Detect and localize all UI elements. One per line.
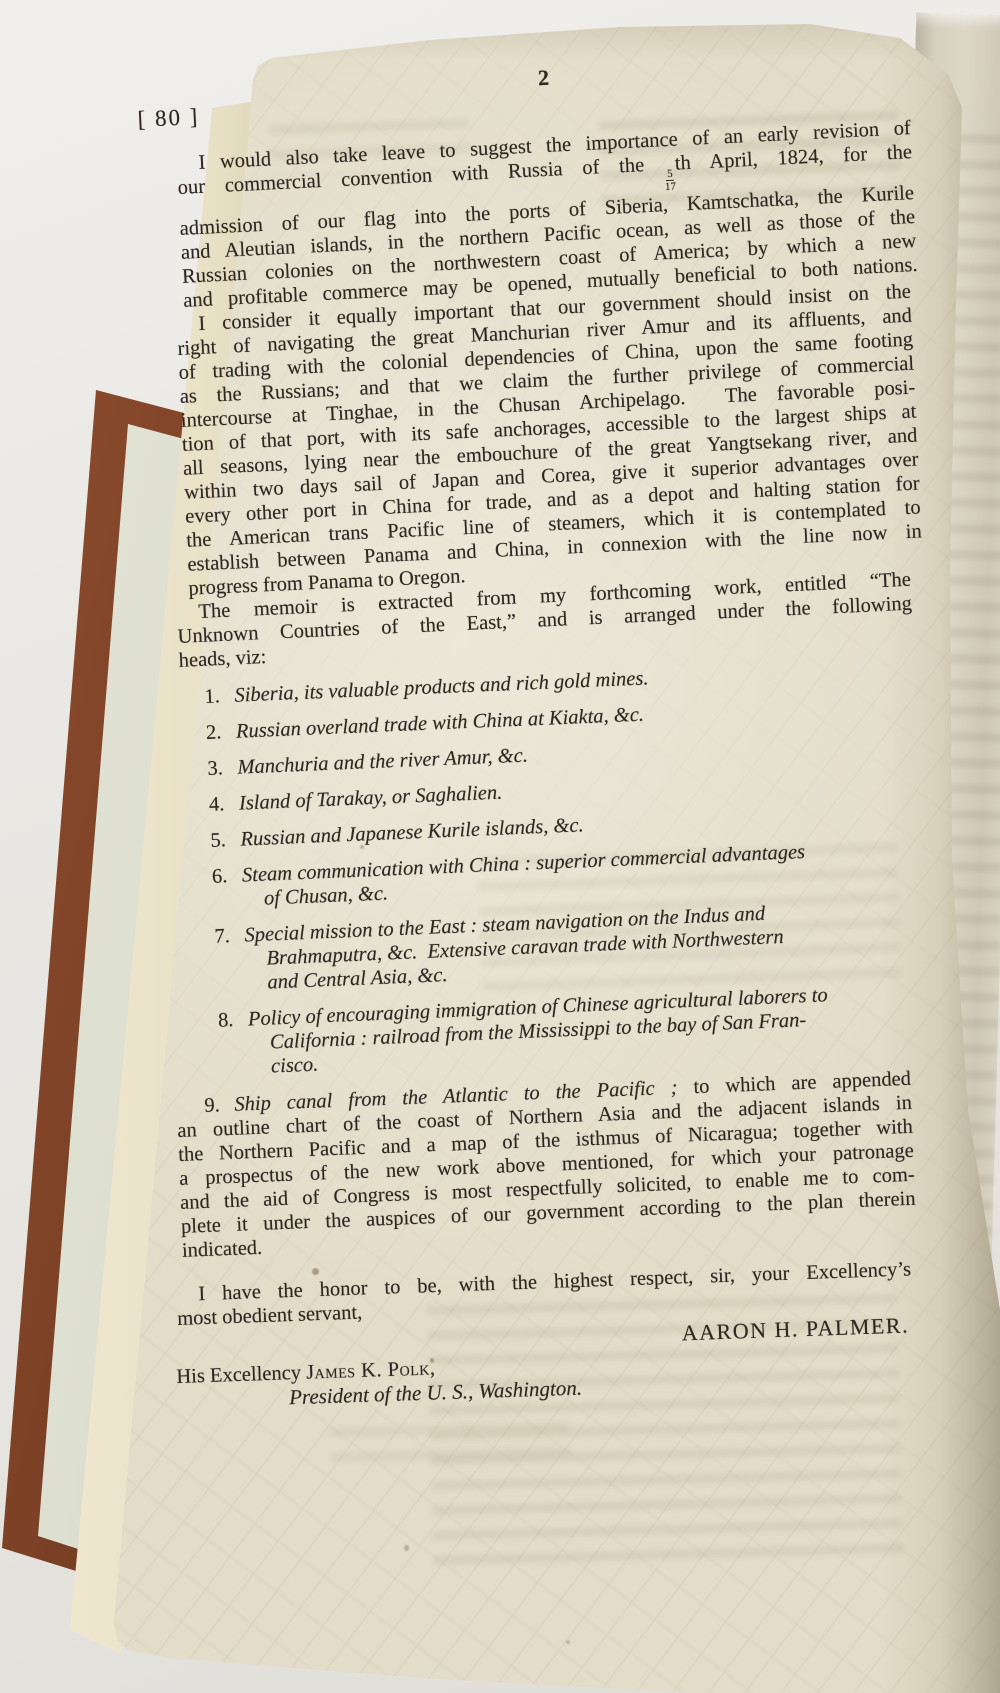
book-photo: [ 80 ] 2 I would also take leave to sugg… (0, 0, 1000, 1693)
letter-text: [ 80 ] 2 I would also take leave to sugg… (176, 86, 911, 1413)
item-number: 6. (212, 864, 243, 889)
showthrough-smudge (329, 1422, 570, 1478)
item-number: 1. (204, 684, 235, 709)
addressee-prefix: His Excellency (176, 1362, 306, 1388)
item-number: 8. (218, 1007, 249, 1032)
paper-fleck (566, 1640, 570, 1644)
item-number: 2. (206, 720, 237, 745)
item-text: Siberia, its valuable products and rich … (234, 667, 649, 706)
item-number: 3. (207, 756, 238, 781)
list-item-ship-canal: 9.Ship canal from the Atlantic to the Pa… (176, 1067, 917, 1263)
item-text: Island of Tarakay, or Saghalien. (239, 782, 503, 815)
list-item: 8.Policy of encouraging immigration of C… (218, 979, 927, 1081)
item-number: 4. (209, 792, 240, 817)
item-text: Russian and Japanese Kurile islands, &c. (240, 814, 584, 850)
paragraph-amur-chusan: I consider it equally important that our… (176, 280, 923, 601)
item-text: Manchuria and the river Amur, &c. (237, 745, 528, 779)
item-text: Russian overland trade with China at Kia… (236, 704, 645, 743)
document-number: [ 80 ] (137, 105, 200, 132)
item-number: 5. (210, 828, 241, 853)
fraction-denominator: 17 (665, 181, 677, 194)
paper-fleck (404, 1545, 409, 1551)
addressee-name: James K. Polk, (306, 1357, 436, 1383)
list-item: 7.Special mission to the East : steam na… (214, 895, 923, 997)
fraction-numerator: 5 (666, 169, 674, 181)
item-number: 7. (214, 924, 245, 949)
heads-list: 1.Siberia, its valuable products and ric… (204, 655, 927, 1080)
paragraph-commerce-russia: I would also take leave to suggest the i… (176, 116, 918, 313)
item-number: 9. (204, 1093, 235, 1118)
